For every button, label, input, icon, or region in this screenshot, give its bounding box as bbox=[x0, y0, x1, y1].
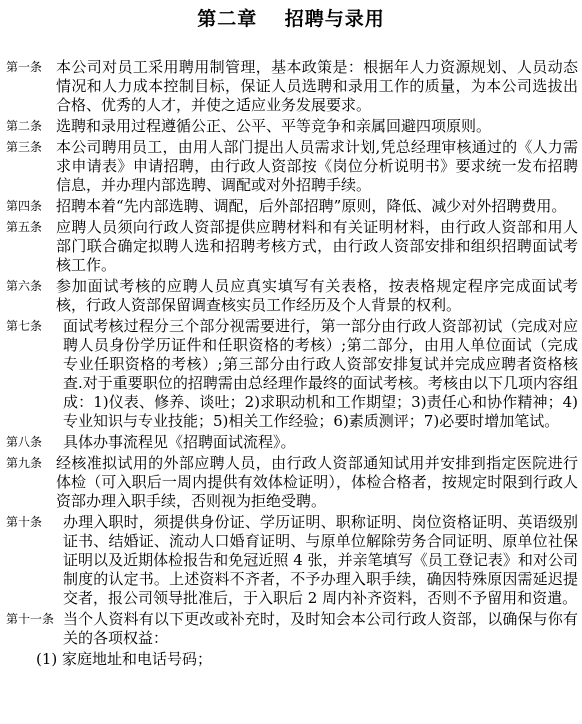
article-text: 本公司聘用员工，由用人部门提出人员需求计划,凭总经理审核通过的《人力需求申请表》… bbox=[56, 138, 578, 195]
article-8: 第八条 具体办事流程见《招聘面试流程》。 bbox=[6, 433, 578, 452]
article-text: 参加面试考核的应聘人员应真实填写有关表格，按表格规定程序完成面试考核，行政人资部… bbox=[56, 277, 578, 315]
article-9: 第九条 经核准拟试用的外部应聘人员，由行政人资部通知试用并安排到指定医院进行体检… bbox=[6, 454, 578, 511]
article-text: 应聘人员须向行政人资部提供应聘材料和有关证明材料，由行政人资部和用人部门联合确定… bbox=[56, 218, 578, 275]
article-7: 第七条 面试考核过程分三个部分视需要进行，第一部分由行政人资部初试（完成对应聘人… bbox=[6, 317, 578, 431]
article-2: 第二条 选聘和录用过程遵循公正、公平、平等竞争和亲属回避四项原则。 bbox=[6, 117, 578, 136]
article-text: 经核准拟试用的外部应聘人员，由行政人资部通知试用并安排到指定医院进行体检（可入职… bbox=[56, 454, 578, 511]
article-label: 第三条 bbox=[6, 138, 56, 157]
article-label: 第一条 bbox=[6, 58, 56, 77]
article-text: 招聘本着“先内部选聘、调配，后外部招聘”原则，降低、减少对外招聘费用。 bbox=[56, 197, 566, 216]
articles-list: 第一条 本公司对员工采用聘用制管理，基本政策是：根据年人力资源规划、人员动态情况… bbox=[6, 58, 578, 669]
article-text: 本公司对员工采用聘用制管理，基本政策是：根据年人力资源规划、人员动态情况和人力成… bbox=[56, 58, 578, 115]
article-label: 第六条 bbox=[6, 277, 56, 296]
article-10: 第十条 办理入职时，须提供身份证、学历证明、职称证明、岗位资格证明、英语级别证书… bbox=[6, 513, 578, 608]
article-text: 当个人资料有以下更改或补充时，及时知会本公司行政人资部，以确保与你有关的各项权益… bbox=[63, 610, 578, 648]
article-label: 第四条 bbox=[6, 197, 56, 216]
article-5: 第五条 应聘人员须向行政人资部提供应聘材料和有关证明材料，由行政人资部和用人部门… bbox=[6, 218, 578, 275]
article-1: 第一条 本公司对员工采用聘用制管理，基本政策是：根据年人力资源规划、人员动态情况… bbox=[6, 58, 578, 115]
article-6: 第六条 参加面试考核的应聘人员应真实填写有关表格，按表格规定程序完成面试考核，行… bbox=[6, 277, 578, 315]
article-label: 第五条 bbox=[6, 218, 56, 237]
article-text: 具体办事流程见《招聘面试流程》。 bbox=[63, 433, 296, 452]
list-item: (1) 家庭地址和电话号码； bbox=[6, 650, 578, 669]
article-4: 第四条 招聘本着“先内部选聘、调配，后外部招聘”原则，降低、减少对外招聘费用。 bbox=[6, 197, 578, 216]
article-label: 第十一条 bbox=[6, 610, 63, 629]
article-11: 第十一条 当个人资料有以下更改或补充时，及时知会本公司行政人资部，以确保与你有关… bbox=[6, 610, 578, 648]
article-text: 面试考核过程分三个部分视需要进行，第一部分由行政人资部初试（完成对应聘人员身份学… bbox=[63, 317, 578, 431]
article-text: 办理入职时，须提供身份证、学历证明、职称证明、岗位资格证明、英语级别证书、结婚证… bbox=[63, 513, 578, 608]
article-3: 第三条 本公司聘用员工，由用人部门提出人员需求计划,凭总经理审核通过的《人力需求… bbox=[6, 138, 578, 195]
article-label: 第十条 bbox=[6, 513, 63, 532]
article-label: 第九条 bbox=[6, 454, 56, 473]
article-label: 第八条 bbox=[6, 433, 63, 452]
chapter-title: 第二章 招聘与录用 bbox=[0, 4, 582, 31]
article-label: 第二条 bbox=[6, 117, 56, 136]
article-label: 第七条 bbox=[6, 317, 63, 336]
article-text: 选聘和录用过程遵循公正、公平、平等竞争和亲属回避四项原则。 bbox=[56, 117, 491, 136]
